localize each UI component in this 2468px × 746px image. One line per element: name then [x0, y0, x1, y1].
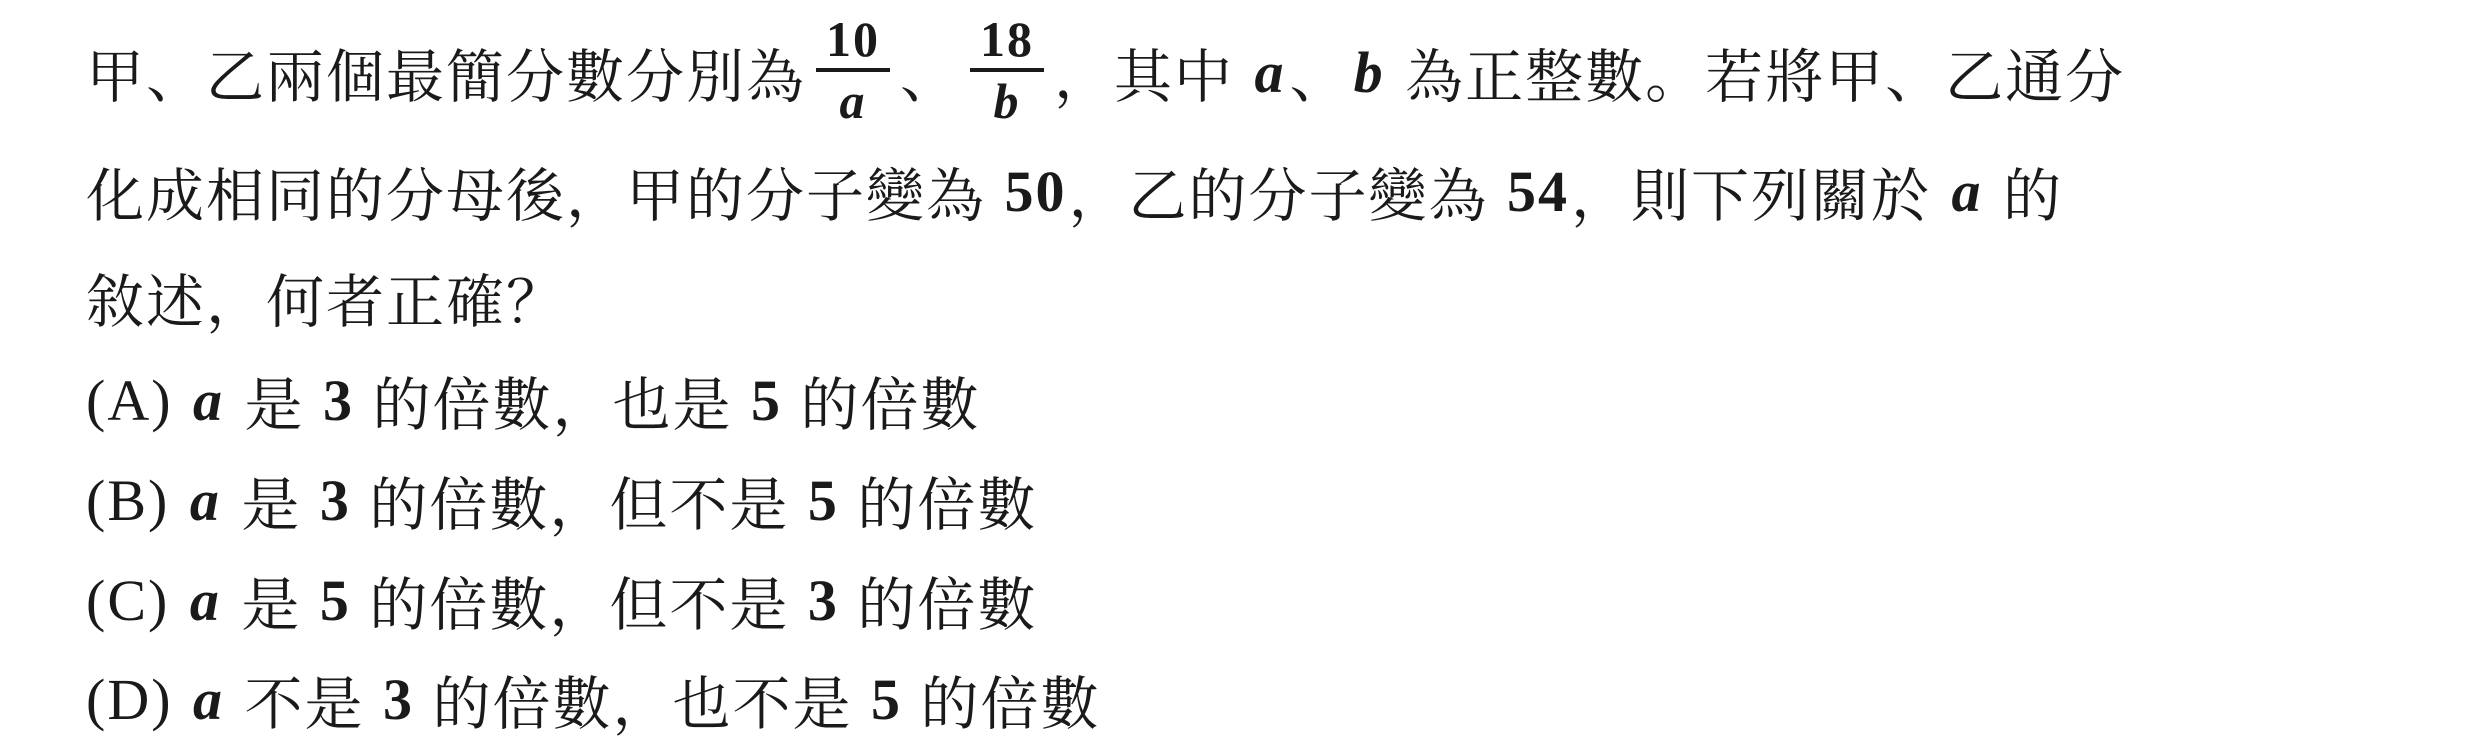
text-run: ，其中 — [1054, 30, 1251, 114]
variable: a — [186, 567, 225, 634]
text-run: 的倍數 — [904, 657, 1101, 741]
fraction: 18b — [970, 12, 1044, 128]
text-run: (B) — [86, 467, 186, 534]
bold-number: 54 — [1505, 158, 1571, 225]
variable: a — [1948, 158, 1987, 225]
text-run: 為正整數。若將甲、乙通分 — [1389, 30, 2126, 114]
text-run: (C) — [86, 567, 186, 634]
bold-number: 5 — [869, 666, 904, 733]
fraction-numerator: 18 — [970, 12, 1044, 72]
text-run: 的倍數 — [784, 358, 981, 442]
text-run: 的倍數 — [841, 558, 1038, 642]
text-run: 的倍數，但不是 — [353, 458, 806, 542]
problem-text-block: 甲、乙兩個最簡分數分別為10a、18b，其中 a、b 為正整數。若將甲、乙通分化… — [0, 0, 2468, 746]
text-run: 甲、乙兩個最簡分數分別為 — [86, 30, 806, 114]
variable: a — [186, 467, 225, 534]
variable: a — [189, 666, 228, 733]
text-run: 的倍數，也是 — [356, 358, 749, 442]
fraction-denominator: a — [840, 72, 867, 128]
bold-number: 3 — [806, 567, 841, 634]
option-A: (A) a 是 3 的倍數，也是 5 的倍數 — [86, 350, 2438, 450]
option-B: (B) a 是 3 的倍數，但不是 5 的倍數 — [86, 450, 2438, 550]
bold-number: 3 — [381, 666, 416, 733]
bold-number: 5 — [749, 367, 784, 434]
text-run: 的倍數，但不是 — [353, 558, 806, 642]
text-run: 的倍數，也不是 — [416, 657, 869, 741]
bold-number: 5 — [318, 567, 353, 634]
text-run: 化成相同的分母後，甲的分子變為 — [86, 149, 1003, 233]
bold-number: 3 — [321, 367, 356, 434]
bold-number: 50 — [1003, 158, 1069, 225]
variable: a — [189, 367, 228, 434]
statement-line-2: 化成相同的分母後，甲的分子變為 50，乙的分子變為 54，則下列關於 a 的 — [86, 138, 2438, 244]
variable: a — [1251, 39, 1290, 106]
bold-number: 3 — [318, 467, 353, 534]
text-run: 敘述，何者正確？ — [86, 255, 566, 339]
fraction: 10a — [816, 12, 890, 128]
statement-line-1: 甲、乙兩個最簡分數分別為10a、18b，其中 a、b 為正整數。若將甲、乙通分 — [86, 6, 2438, 138]
option-D: (D) a 不是 3 的倍數，也不是 5 的倍數 — [86, 650, 2438, 746]
text-run: 是 — [228, 358, 321, 442]
text-run: 的倍數 — [841, 458, 1038, 542]
text-run: 、 — [900, 30, 960, 114]
text-run: (A) — [86, 367, 189, 434]
variable: b — [1350, 39, 1389, 106]
text-run: 不是 — [228, 657, 381, 741]
text-run: (D) — [86, 666, 189, 733]
text-run: 是 — [225, 558, 318, 642]
text-run: 的 — [1987, 149, 2064, 233]
option-C: (C) a 是 5 的倍數，但不是 3 的倍數 — [86, 550, 2438, 650]
text-run: 是 — [225, 458, 318, 542]
text-run: ，乙的分子變為 — [1069, 149, 1506, 233]
bold-number: 5 — [806, 467, 841, 534]
statement-line-3: 敘述，何者正確？ — [86, 244, 2438, 350]
text-run: 、 — [1290, 30, 1350, 114]
fraction-denominator: b — [994, 72, 1021, 128]
text-run: ，則下列關於 — [1571, 149, 1948, 233]
fraction-numerator: 10 — [816, 12, 890, 72]
